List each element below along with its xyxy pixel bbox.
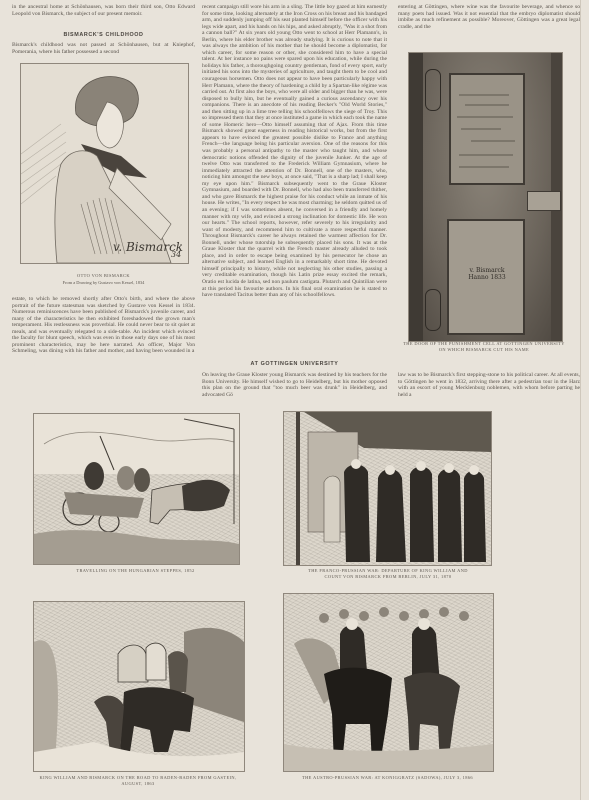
door-upper-panel [449, 73, 525, 185]
caption-koniggratz: THE AUSTRO-PRUSSIAN WAR: AT KONIGGRATZ (… [283, 775, 492, 781]
illustration-road-to-baden-baden [33, 601, 245, 772]
caption-franco-prussian-departure: THE FRANCO-PRUSSIAN WAR: DEPARTURE OF KI… [300, 568, 476, 580]
punishment-cell-door-photo: v. Bismarck Hanno 1833 [408, 52, 563, 342]
section-heading-gottingen: AT GOTTINGEN UNIVERSITY [202, 361, 387, 367]
portrait-sketch-icon [21, 64, 188, 263]
door-photo-caption: THE DOOR OF THE PUNISHMENT CELL AT GOTTI… [400, 341, 568, 353]
portrait-subcaption: From a Drawing by Gustavo von Kessel, 18… [12, 280, 195, 285]
childhood-paragraph: Bismarck's childhood was not passed at S… [12, 42, 195, 55]
riders-mountain-road-scene-icon [34, 602, 244, 771]
childhood-continued-paragraph: estate, to which he removed shortly afte… [12, 296, 195, 355]
illustration-franco-prussian-departure [283, 411, 492, 566]
portrait-caption: OTTO VON BISMARCK [12, 273, 195, 279]
section-heading-childhood: BISMARCK'S CHILDHOOD [12, 32, 195, 38]
door-frame-left [409, 53, 423, 341]
door-ornament-top [425, 69, 441, 111]
middle-column-text: recent campaign still wore his arm in a … [202, 4, 387, 356]
portrait-signature-date: 34 [171, 250, 181, 259]
intro-paragraph: in the ancestral home at Schönhausen, wa… [12, 4, 195, 17]
gottingen-paragraph: On leaving the Graue Kloster young Bisma… [202, 372, 387, 398]
caption-road-to-baden-baden: KING WILLIAM AND BISMARCK ON THE ROAD TO… [38, 775, 238, 787]
portrait-illustration: v. Bismarck 34 [20, 63, 189, 264]
caption-hungarian-steppes: TRAVELLING ON THE HUNGARIAN STEPPES, 185… [33, 568, 238, 574]
horse-carriage-scene-icon [34, 414, 239, 564]
carved-names-icon [451, 75, 523, 183]
page-edge-rule [580, 0, 581, 800]
right-column-top-text: entering at Göttingen, where wine was th… [398, 4, 580, 30]
illustration-hungarian-steppes [33, 413, 240, 565]
right-column-bottom-text: law was to be Bismarck's first stepping-… [398, 372, 580, 398]
illustration-koniggratz [283, 593, 494, 772]
officers-on-platform-scene-icon [284, 412, 491, 565]
door-ornament-bottom [425, 289, 441, 331]
door-latch [527, 191, 561, 211]
bismarck-carved-inscription: v. Bismarck Hanno 1833 [459, 267, 515, 281]
door-lower-panel: v. Bismarck Hanno 1833 [447, 219, 525, 335]
cavalry-officers-scene-icon [284, 594, 493, 771]
